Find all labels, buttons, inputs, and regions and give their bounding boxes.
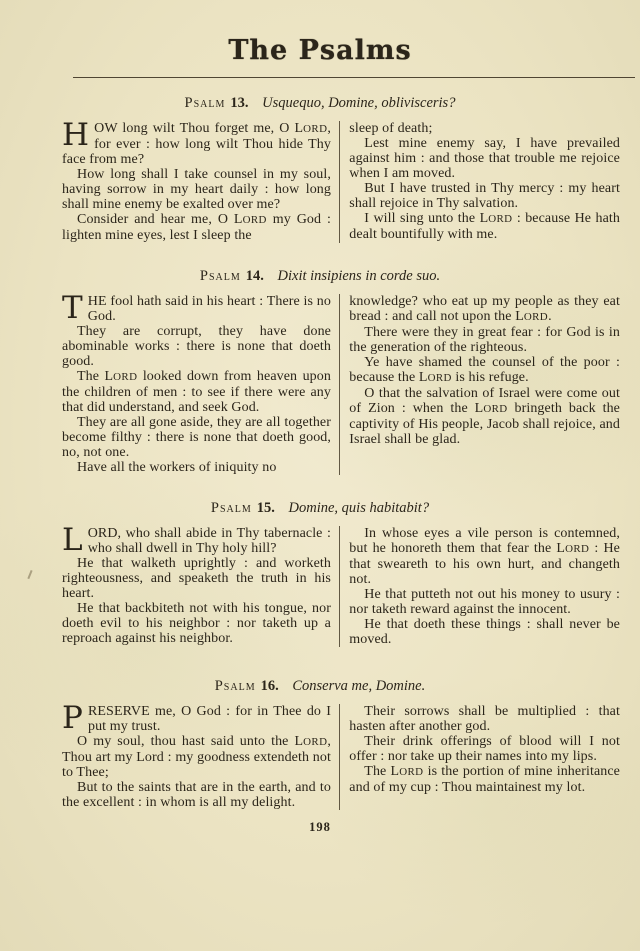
- verse: In whose eyes a vile person is contemned…: [349, 526, 620, 587]
- verse: LORD, who shall abide in Thy tabernacle …: [62, 526, 331, 556]
- psalm-right-column: In whose eyes a vile person is contemned…: [340, 526, 620, 647]
- verse: I will sing unto the LORD : because He h…: [349, 211, 620, 242]
- page-number: 198: [0, 820, 640, 835]
- psalm-left-column: LORD, who shall abide in Thy tabernacle …: [62, 526, 339, 647]
- psalm-label: Psalm: [185, 95, 226, 111]
- verse: PRESERVE me, O God : for in Thee do I pu…: [62, 704, 331, 734]
- psalm-latin-title: Dixit insipiens in corde suo.: [278, 268, 441, 284]
- drop-cap: H: [62, 121, 94, 149]
- verse: They are all gone aside, they are all to…: [62, 415, 331, 460]
- verse: There were they in great fear : for God …: [349, 325, 620, 355]
- title-rule: [73, 77, 635, 78]
- verse: O my soul, thou hast said unto the LORD,…: [62, 734, 331, 780]
- verse: He that backbiteth not with his tongue, …: [62, 601, 331, 646]
- verse: The LORD looked down from heaven upon th…: [62, 369, 331, 415]
- verse: He that putteth not out his money to usu…: [349, 587, 620, 617]
- psalm-heading: Psalm15. Domine, quis habitabit?: [40, 499, 600, 517]
- psalm-number: 16.: [261, 678, 279, 694]
- verse: Their drink offerings of blood will I no…: [349, 734, 620, 764]
- verse: HOW long wilt Thou forget me, O LORD, fo…: [62, 121, 331, 167]
- psalm-columns: THE fool hath said in his heart : There …: [62, 294, 620, 475]
- psalm-right-column: knowledge? who eat up my people as they …: [340, 294, 620, 475]
- psalm-label: Psalm: [211, 500, 252, 516]
- drop-cap: T: [62, 294, 88, 322]
- psalm-latin-title: Usquequo, Domine, oblivisceris?: [262, 95, 455, 111]
- verse: How long shall I take counsel in my soul…: [62, 167, 331, 212]
- drop-cap: L: [62, 526, 88, 554]
- psalm-heading: Psalm13. Usquequo, Domine, oblivisceris?: [40, 94, 600, 112]
- book-page: The Psalms Psalm13. Usquequo, Domine, ob…: [0, 0, 640, 951]
- psalm-label: Psalm: [200, 268, 241, 284]
- verse: O that the salvation of Israel were come…: [349, 386, 620, 447]
- verse: Lest mine enemy say, I have prevailed ag…: [349, 136, 620, 181]
- psalm-number: 13.: [230, 95, 248, 111]
- psalm-columns: PRESERVE me, O God : for in Thee do I pu…: [62, 704, 620, 810]
- psalm-columns: LORD, who shall abide in Thy tabernacle …: [62, 526, 620, 647]
- verse: He that doeth these things : shall never…: [349, 617, 620, 647]
- verse: But to the saints that are in the earth,…: [62, 780, 331, 810]
- verse: sleep of death;: [349, 121, 620, 136]
- psalm-latin-title: Domine, quis habitabit?: [289, 500, 430, 516]
- verse: THE fool hath said in his heart : There …: [62, 294, 331, 324]
- verse: Their sorrows shall be multiplied : that…: [349, 704, 620, 734]
- verse: The LORD is the portion of mine inherita…: [349, 764, 620, 795]
- psalm-columns: HOW long wilt Thou forget me, O LORD, fo…: [62, 121, 620, 243]
- verse: Ye have shamed the counsel of the poor :…: [349, 355, 620, 386]
- psalm-number: 14.: [246, 268, 264, 284]
- psalm-heading: Psalm16. Conserva me, Domine.: [40, 677, 600, 695]
- page-title: The Psalms: [0, 0, 640, 66]
- psalm-left-column: THE fool hath said in his heart : There …: [62, 294, 339, 475]
- verse: But I have trusted in Thy mercy : my hea…: [349, 181, 620, 211]
- psalm-section-14: Psalm14. Dixit insipiens in corde suo. T…: [0, 267, 640, 475]
- verse: knowledge? who eat up my people as they …: [349, 294, 620, 325]
- verse: They are corrupt, they have done abomina…: [62, 324, 331, 369]
- psalm-heading: Psalm14. Dixit insipiens in corde suo.: [40, 267, 600, 285]
- psalm-right-column: Their sorrows shall be multiplied : that…: [340, 704, 620, 810]
- psalm-section-15: Psalm15. Domine, quis habitabit? LORD, w…: [0, 499, 640, 647]
- psalm-left-column: HOW long wilt Thou forget me, O LORD, fo…: [62, 121, 339, 243]
- psalm-right-column: sleep of death;Lest mine enemy say, I ha…: [340, 121, 620, 243]
- verse: Have all the workers of iniquity no: [62, 460, 331, 475]
- psalm-section-13: Psalm13. Usquequo, Domine, oblivisceris?…: [0, 94, 640, 243]
- verse: Consider and hear me, O LORD my God : li…: [62, 212, 331, 243]
- psalm-latin-title: Conserva me, Domine.: [292, 678, 425, 694]
- psalm-label: Psalm: [215, 678, 256, 694]
- psalm-left-column: PRESERVE me, O God : for in Thee do I pu…: [62, 704, 339, 810]
- psalm-number: 15.: [257, 500, 275, 516]
- verse: He that walketh uprightly : and worketh …: [62, 556, 331, 601]
- drop-cap: P: [62, 704, 88, 732]
- psalm-section-16: Psalm16. Conserva me, Domine. PRESERVE m…: [0, 677, 640, 810]
